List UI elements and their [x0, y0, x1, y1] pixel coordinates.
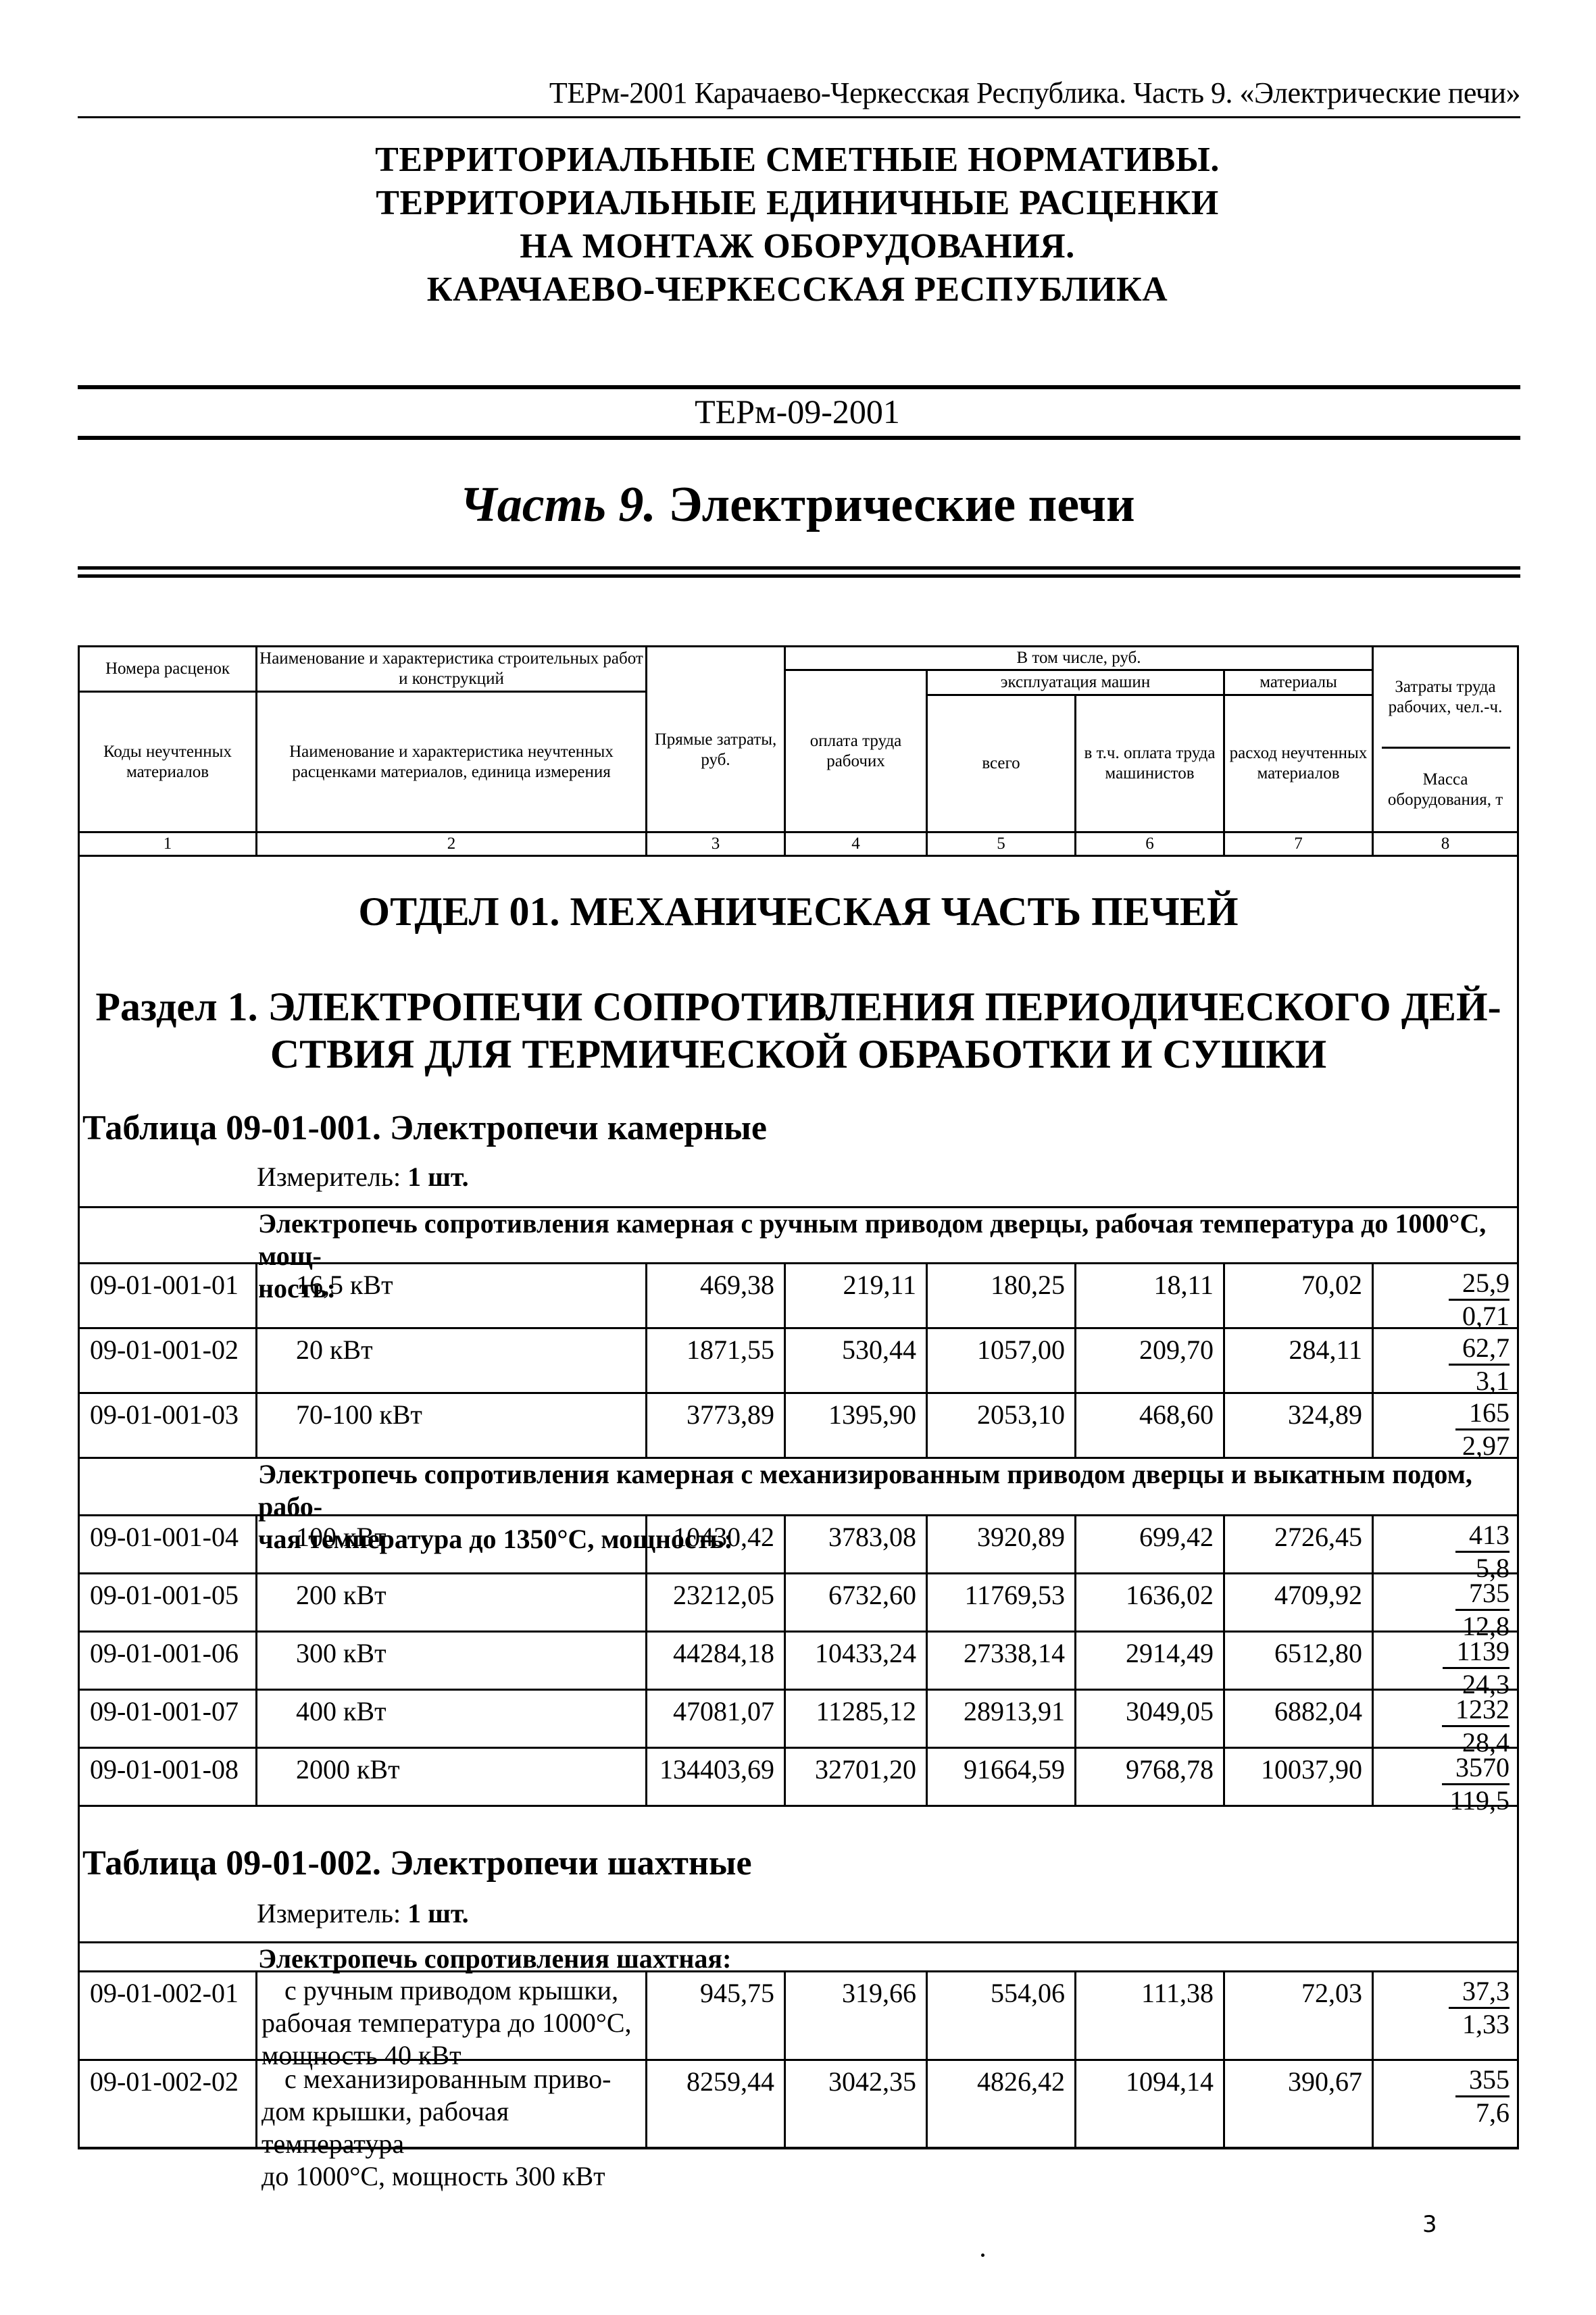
header-works-name: Наименование и характеристика строительн… [257, 647, 645, 691]
section-heading: Раздел 1. ЭЛЕКТРОПЕЧИ СОПРОТИВЛЕНИЯ ПЕРИ… [80, 983, 1517, 1078]
col-number: 4 [786, 833, 926, 855]
labor-hours: 62,7 [1372, 1333, 1510, 1366]
labor-mass-fraction: 37,31,33 [1372, 1976, 1519, 2040]
measure-value: 1 шт. [407, 1898, 468, 1928]
cost-direct: 469,38 [645, 1269, 784, 1301]
rate-code: 09-01-001-02 [78, 1334, 255, 1366]
measure-label: Измеритель: [257, 1898, 407, 1928]
labor-hours-value: 37,3 [1449, 1976, 1510, 2009]
measure-label: Измеритель: [257, 1162, 407, 1192]
header-including: В том числе, руб. [786, 647, 1372, 669]
row-rule [78, 1805, 1519, 1807]
divider-rule [78, 385, 1520, 389]
cost-machines: 554,06 [926, 1977, 1074, 2009]
labor-hours: 37,3 [1372, 1976, 1510, 2009]
labor-hours-value: 735 [1455, 1578, 1510, 1611]
row-rule [78, 1514, 1519, 1516]
cost-materials: 2726,45 [1223, 1521, 1372, 1553]
col-number: 2 [257, 833, 645, 855]
rate-name: 200 кВт [255, 1579, 645, 1611]
page-number: 3 [1422, 2211, 1437, 2238]
cost-materials: 4709,92 [1223, 1579, 1372, 1611]
header-rule [78, 116, 1520, 118]
measure-value: 1 шт. [407, 1162, 468, 1192]
rate-name: 20 кВт [255, 1334, 645, 1366]
cost-operators: 699,42 [1074, 1521, 1223, 1553]
cost-labor: 6732,60 [784, 1579, 926, 1611]
header-machines-total: всего [928, 696, 1074, 831]
cost-direct: 1871,55 [645, 1334, 784, 1366]
cost-labor: 32701,20 [784, 1753, 926, 1785]
row-rule [78, 1572, 1519, 1574]
cost-operators: 1636,02 [1074, 1579, 1223, 1611]
department-heading: ОТДЕЛ 01. МЕХАНИЧЕСКАЯ ЧАСТЬ ПЕЧЕЙ [80, 889, 1517, 935]
header-rate-numbers: Номера расценок [80, 647, 255, 691]
divider-rule [78, 574, 1520, 578]
equipment-mass: 119,5 [1372, 1785, 1510, 1816]
row-rule [78, 2059, 1519, 2061]
cost-labor: 219,11 [784, 1269, 926, 1301]
measure-unit: Измеритель: 1 шт. [257, 1161, 469, 1193]
section-line: Раздел 1. ЭЛЕКТРОПЕЧИ СОПРОТИВЛЕНИЯ ПЕРИ… [80, 983, 1517, 1030]
cost-labor: 319,66 [784, 1977, 926, 2009]
title-line: НА МОНТАЖ ОБОРУДОВАНИЯ. [78, 225, 1517, 268]
cost-direct: 134403,69 [645, 1753, 784, 1785]
labor-hours-value: 165 [1455, 1397, 1510, 1430]
rate-code: 09-01-001-07 [78, 1695, 255, 1727]
table-title: Таблица 09-01-002. Электропечи шахтные [82, 1843, 752, 1883]
cost-materials: 10037,90 [1223, 1753, 1372, 1785]
cost-machines: 27338,14 [926, 1637, 1074, 1669]
cost-direct: 10430,42 [645, 1521, 784, 1553]
col-number: 8 [1374, 833, 1517, 855]
rate-code: 09-01-001-04 [78, 1521, 255, 1553]
rate-code: 09-01-001-06 [78, 1637, 255, 1669]
col-number: 1 [80, 833, 255, 855]
part-title-prefix: Часть 9. [459, 477, 656, 532]
labor-hours-value: 62,7 [1449, 1333, 1510, 1366]
labor-hours-value: 25,9 [1449, 1268, 1510, 1301]
header-labor-pay: оплата труда рабочих [786, 671, 926, 831]
cost-operators: 9768,78 [1074, 1753, 1223, 1785]
cost-direct: 3773,89 [645, 1399, 784, 1430]
cost-operators: 111,38 [1074, 1977, 1223, 2009]
cost-labor: 1395,90 [784, 1399, 926, 1430]
rate-code: 09-01-002-02 [78, 2066, 255, 2097]
cost-operators: 2914,49 [1074, 1637, 1223, 1669]
cost-materials: 70,02 [1223, 1269, 1372, 1301]
cost-operators: 1094,14 [1074, 2066, 1223, 2097]
row-rule [78, 1689, 1519, 1691]
cost-materials: 324,89 [1223, 1399, 1372, 1430]
row-rule [78, 1327, 1519, 1329]
part-title-text: Электрические печи [656, 477, 1135, 532]
row-rule [78, 1970, 1519, 1972]
labor-hours: 1232 [1372, 1694, 1510, 1727]
rate-name: с механизированным приво-дом крышки, раб… [257, 2063, 647, 2193]
rate-name-line: с механизированным приво- [261, 2063, 647, 2095]
row-rule [78, 1262, 1519, 1264]
cost-machines: 91664,59 [926, 1753, 1074, 1785]
cost-operators: 3049,05 [1074, 1695, 1223, 1727]
labor-mass-fraction: 1652,97 [1372, 1397, 1519, 1462]
cost-materials: 6512,80 [1223, 1637, 1372, 1669]
header-equipment-mass: Масса оборудования, т [1374, 749, 1517, 831]
rate-code: 09-01-001-08 [78, 1753, 255, 1785]
header-materials: материалы [1225, 671, 1372, 694]
rate-code: 09-01-002-01 [78, 1977, 255, 2009]
section-line: СТВИЯ ДЛЯ ТЕРМИЧЕСКОЙ ОБРАБОТКИ И СУШКИ [80, 1030, 1517, 1078]
row-rule [78, 1392, 1519, 1394]
header-direct-costs: Прямые затраты, руб. [647, 669, 784, 831]
cost-machines: 2053,10 [926, 1399, 1074, 1430]
part-title: Часть 9. Электрические печи [78, 476, 1517, 534]
header-operators-pay: в т.ч. оплата труда машинистов [1076, 696, 1223, 831]
labor-mass-fraction: 62,73,1 [1372, 1333, 1519, 1397]
rate-name-line: до 1000°С, мощность 300 кВт [261, 2160, 647, 2193]
cost-labor: 3042,35 [784, 2066, 926, 2097]
labor-hours: 355 [1372, 2064, 1510, 2097]
group-title-line: Электропечь сопротивления камерная с мех… [258, 1458, 1508, 1523]
cost-direct: 945,75 [645, 1977, 784, 2009]
rate-name: 300 кВт [255, 1637, 645, 1669]
header-materials-consumption: расход неучтенных материалов [1225, 696, 1372, 831]
cost-machines: 11769,53 [926, 1579, 1074, 1611]
cost-materials: 6882,04 [1223, 1695, 1372, 1727]
row-rule [78, 2147, 1519, 2149]
cost-materials: 72,03 [1223, 1977, 1372, 2009]
cost-direct: 44284,18 [645, 1637, 784, 1669]
cost-machines: 3920,89 [926, 1521, 1074, 1553]
equipment-mass: 1,33 [1372, 2009, 1510, 2040]
title-line: ТЕРРИТОРИАЛЬНЫЕ СМЕТНЫЕ НОРМАТИВЫ. [78, 139, 1517, 182]
cost-operators: 18,11 [1074, 1269, 1223, 1301]
labor-hours-value: 355 [1455, 2064, 1510, 2097]
col-number: 7 [1225, 833, 1372, 855]
rate-name-line: рабочая температура до 1000°С, [261, 2007, 647, 2039]
col-number: 6 [1076, 833, 1223, 855]
rate-code: 09-01-001-01 [78, 1269, 255, 1301]
cost-operators: 468,60 [1074, 1399, 1223, 1430]
labor-hours: 25,9 [1372, 1268, 1510, 1301]
rate-code: 09-01-001-03 [78, 1399, 255, 1430]
document-title: ТЕРРИТОРИАЛЬНЫЕ СМЕТНЫЕ НОРМАТИВЫ. ТЕРРИ… [78, 139, 1517, 312]
cost-labor: 11285,12 [784, 1695, 926, 1727]
labor-mass-fraction: 3557,6 [1372, 2064, 1519, 2129]
equipment-mass: 7,6 [1372, 2097, 1510, 2129]
row-rule [78, 1631, 1519, 1633]
labor-hours-value: 1139 [1443, 1636, 1510, 1669]
rate-name-line: дом крышки, рабочая температура [261, 2095, 647, 2160]
cost-labor: 530,44 [784, 1334, 926, 1366]
rate-name: с ручным приводом крышки,рабочая темпера… [257, 1974, 647, 2072]
labor-hours: 165 [1372, 1397, 1510, 1430]
cost-labor: 10433,24 [784, 1637, 926, 1669]
cost-machines: 1057,00 [926, 1334, 1074, 1366]
rate-name: 16,5 кВт [255, 1269, 645, 1301]
measure-unit: Измеритель: 1 шт. [257, 1897, 469, 1929]
labor-hours: 1139 [1372, 1636, 1510, 1669]
divider-rule [78, 566, 1520, 570]
title-line: КАРАЧАЕВО-ЧЕРКЕССКАЯ РЕСПУБЛИКА [78, 268, 1517, 312]
labor-hours: 735 [1372, 1578, 1510, 1611]
labor-mass-fraction: 25,90,71 [1372, 1268, 1519, 1332]
rate-name: 70-100 кВт [255, 1399, 645, 1430]
labor-hours-value: 1232 [1442, 1694, 1510, 1727]
rate-name: 400 кВт [255, 1695, 645, 1727]
col-number: 3 [647, 833, 784, 855]
row-rule [78, 1747, 1519, 1749]
labor-hours-value: 3570 [1442, 1752, 1510, 1785]
cost-direct: 47081,07 [645, 1695, 784, 1727]
labor-hours: 3570 [1372, 1752, 1510, 1785]
cost-machines: 28913,91 [926, 1695, 1074, 1727]
cost-machines: 180,25 [926, 1269, 1074, 1301]
cost-machines: 4826,42 [926, 2066, 1074, 2097]
scan-speck [981, 2254, 984, 2257]
cost-operators: 209,70 [1074, 1334, 1223, 1366]
rate-name: 100 кВт [255, 1521, 645, 1553]
running-header: ТЕРм-2001 Карачаево-Черкесская Республик… [378, 76, 1520, 110]
rate-name-line: с ручным приводом крышки, [261, 1974, 647, 2007]
cost-materials: 284,11 [1223, 1334, 1372, 1366]
labor-hours: 413 [1372, 1520, 1510, 1553]
labor-hours-value: 413 [1455, 1520, 1510, 1553]
header-labor-hours: Затраты труда рабочих, чел.-ч. [1374, 647, 1517, 747]
code-title: ТЕРм-09-2001 [78, 392, 1517, 431]
header-material-codes: Коды неучтенных материалов [80, 693, 255, 831]
table-title: Таблица 09-01-001. Электропечи камерные [82, 1108, 767, 1148]
header-machine-operation: эксплуатация машин [928, 671, 1223, 694]
cost-labor: 3783,08 [784, 1521, 926, 1553]
rate-name: 2000 кВт [255, 1753, 645, 1785]
cost-direct: 23212,05 [645, 1579, 784, 1611]
title-line: ТЕРРИТОРИАЛЬНЫЕ ЕДИНИЧНЫЕ РАСЦЕНКИ [78, 182, 1517, 225]
col-number: 5 [928, 833, 1074, 855]
header-materials-name: Наименование и характеристика неучтенных… [257, 693, 645, 831]
cost-materials: 390,67 [1223, 2066, 1372, 2097]
cost-direct: 8259,44 [645, 2066, 784, 2097]
divider-rule [78, 436, 1520, 440]
rate-code: 09-01-001-05 [78, 1579, 255, 1611]
